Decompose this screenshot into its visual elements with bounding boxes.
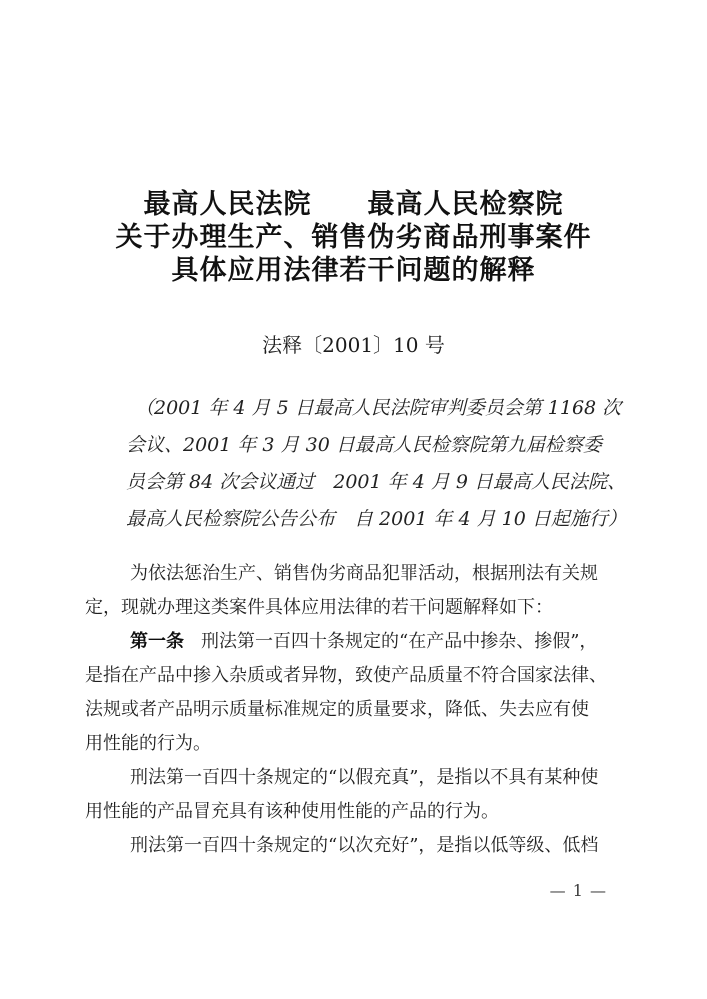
- paragraph-1-line-2: 定，现就办理这类案件具体应用法律的若干问题解释如下：: [85, 591, 635, 625]
- preamble-block: （2001 年 4 月 5 日最高人民法院审判委员会第 1168 次 会议、20…: [126, 390, 601, 538]
- document-title: 最高人民法院 最高人民检察院 关于办理生产、销售伪劣商品刑事案件 具体应用法律若…: [0, 188, 707, 287]
- title-line-3: 具体应用法律若干问题的解释: [0, 254, 707, 287]
- document-number: 法释〔2001〕10 号: [0, 332, 707, 358]
- article-1-line-2: 是指在产品中掺入杂质或者异物，致使产品质量不符合国家法律、: [85, 659, 635, 693]
- article-1-line-3: 法规或者产品明示质量标准规定的质量要求，降低、失去应有使: [85, 693, 635, 727]
- preamble-line-4: 最高人民检察院公告公布 自 2001 年 4 月 10 日起施行）: [126, 501, 601, 538]
- title-line-2: 关于办理生产、销售伪劣商品刑事案件: [0, 221, 707, 254]
- article-1-line-1-text: 刑法第一百四十条规定的“在产品中掺杂、掺假”，: [201, 631, 597, 652]
- paragraph-3-line-1: 刑法第一百四十条规定的“以假充真”，是指以不具有某种使: [85, 761, 635, 795]
- document-body: 为依法惩治生产、销售伪劣商品犯罪活动，根据刑法有关规 定，现就办理这类案件具体应…: [85, 557, 635, 863]
- paragraph-4-line-1: 刑法第一百四十条规定的“以次充好”，是指以低等级、低档: [85, 829, 635, 863]
- page-number: — 1 —: [550, 881, 607, 901]
- article-1-label: 第一条: [130, 631, 184, 652]
- article-1-line-1: 第一条刑法第一百四十条规定的“在产品中掺杂、掺假”，: [85, 625, 635, 659]
- preamble-line-1: （2001 年 4 月 5 日最高人民法院审判委员会第 1168 次: [126, 390, 601, 427]
- document-page: 最高人民法院 最高人民检察院 关于办理生产、销售伪劣商品刑事案件 具体应用法律若…: [0, 0, 707, 999]
- title-line-1: 最高人民法院 最高人民检察院: [0, 188, 707, 221]
- paragraph-1-line-1: 为依法惩治生产、销售伪劣商品犯罪活动，根据刑法有关规: [85, 557, 635, 591]
- preamble-line-2: 会议、2001 年 3 月 30 日最高人民检察院第九届检察委: [126, 427, 601, 464]
- paragraph-3-line-2: 用性能的产品冒充具有该种使用性能的产品的行为。: [85, 795, 635, 829]
- preamble-line-3: 员会第 84 次会议通过 2001 年 4 月 9 日最高人民法院、: [126, 464, 601, 501]
- article-1-line-4: 用性能的行为。: [85, 727, 635, 761]
